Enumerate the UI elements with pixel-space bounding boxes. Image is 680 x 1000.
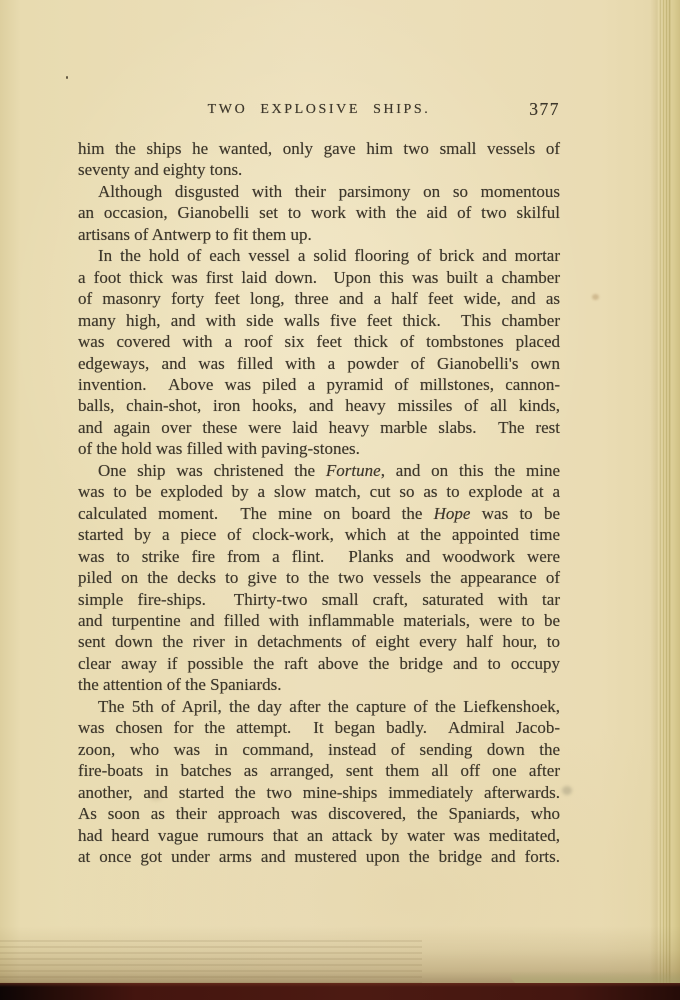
- text-line: started by a piece of clock-work, which …: [78, 524, 560, 545]
- text-segment: and again over these were laid heavy mar…: [78, 418, 560, 437]
- text-segment: him the ships he wanted, only gave him t…: [78, 139, 560, 158]
- text-segment: edgeways, and was filled with a powder o…: [78, 354, 560, 373]
- text-line: As soon as their approach was discovered…: [78, 803, 560, 824]
- paragraph: One ship was christened the Fortune, and…: [78, 460, 560, 696]
- text-line: fire-boats in batches as arranged, sent …: [78, 760, 560, 781]
- ship-name-italic: Fortune: [326, 461, 381, 480]
- text-line: and turpentine and filled with inflammab…: [78, 610, 560, 631]
- text-segment: calculated moment. The mine on board the: [78, 504, 434, 523]
- text-line: sent down the river in detachments of ei…: [78, 631, 560, 652]
- text-segment: at once got under arms and mustered upon…: [78, 847, 560, 866]
- text-segment: zoon, who was in command, instead of sen…: [78, 740, 560, 759]
- text-segment: artisans of Antwerp to fit them up.: [78, 225, 312, 244]
- text-line: seventy and eighty tons.: [78, 159, 560, 180]
- body-text-block: him the ships he wanted, only gave him t…: [78, 138, 560, 867]
- running-head: TWO EXPLOSIVE SHIPS. 377: [78, 100, 560, 124]
- text-segment: another, and started the two mine-ships …: [78, 783, 560, 802]
- text-segment: of the hold was filled with paving-stone…: [78, 439, 360, 458]
- text-segment: In the hold of each vessel a solid floor…: [98, 246, 560, 265]
- text-segment: fire-boats in batches as arranged, sent …: [78, 761, 560, 780]
- text-segment: the attention of the Spaniards.: [78, 675, 281, 694]
- page-edges-right: [650, 0, 680, 984]
- paragraph: Although disgusted with their parsimony …: [78, 181, 560, 245]
- text-line: was to strike fire from a flint. Planks …: [78, 546, 560, 567]
- text-line: of the hold was filled with paving-stone…: [78, 438, 560, 459]
- text-segment: an occasion, Gianobelli set to work with…: [78, 203, 560, 222]
- text-segment: was to strike fire from a flint. Planks …: [78, 547, 560, 566]
- scanned-book-page: TWO EXPLOSIVE SHIPS. 377 him the ships h…: [0, 0, 680, 1000]
- text-line: at once got under arms and mustered upon…: [78, 846, 560, 867]
- text-segment: , and on this the mine: [381, 461, 560, 480]
- text-line: invention. Above was piled a pyramid of …: [78, 374, 560, 395]
- text-segment: The 5th of April, the day after the capt…: [98, 697, 560, 716]
- text-line: calculated moment. The mine on board the…: [78, 503, 560, 524]
- text-line: was chosen for the attempt. It began bad…: [78, 717, 560, 738]
- text-line: him the ships he wanted, only gave him t…: [78, 138, 560, 159]
- paragraph: him the ships he wanted, only gave him t…: [78, 138, 560, 181]
- book-cover-edge: [0, 983, 680, 1000]
- text-segment: a foot thick was first laid down. Upon t…: [78, 268, 560, 287]
- text-segment: One ship was christened the: [98, 461, 326, 480]
- text-segment: simple fire-ships. Thirty-two small craf…: [78, 590, 560, 609]
- text-segment: was to be exploded by a slow match, cut …: [78, 482, 560, 501]
- text-segment: was chosen for the attempt. It began bad…: [78, 718, 560, 737]
- ship-name-italic: Hope: [434, 504, 471, 523]
- text-segment: of masonry forty feet long, three and a …: [78, 289, 560, 308]
- text-line: many high, and with side walls five feet…: [78, 310, 560, 331]
- text-line: artisans of Antwerp to fit them up.: [78, 224, 560, 245]
- text-line: balls, chain-shot, iron hooks, and heavy…: [78, 395, 560, 416]
- text-segment: clear away if possible the raft above th…: [78, 654, 560, 673]
- text-line: had heard vague rumours that an attack b…: [78, 825, 560, 846]
- text-segment: seventy and eighty tons.: [78, 160, 242, 179]
- text-segment: piled on the decks to give to the two ve…: [78, 568, 560, 587]
- text-segment: Although disgusted with their parsimony …: [98, 182, 560, 201]
- text-segment: balls, chain-shot, iron hooks, and heavy…: [78, 396, 560, 415]
- text-segment: invention. Above was piled a pyramid of …: [78, 375, 560, 394]
- text-line: Although disgusted with their parsimony …: [78, 181, 560, 202]
- running-title: TWO EXPLOSIVE SHIPS.: [78, 102, 560, 118]
- text-segment: sent down the river in detachments of ei…: [78, 632, 560, 651]
- text-line: the attention of the Spaniards.: [78, 674, 560, 695]
- text-line: The 5th of April, the day after the capt…: [78, 696, 560, 717]
- text-line: In the hold of each vessel a solid floor…: [78, 245, 560, 266]
- page-number: 377: [529, 99, 560, 120]
- text-segment: As soon as their approach was discovered…: [78, 804, 560, 823]
- text-line: and again over these were laid heavy mar…: [78, 417, 560, 438]
- text-segment: was to be: [470, 504, 560, 523]
- text-line: an occasion, Gianobelli set to work with…: [78, 202, 560, 223]
- text-line: was covered with a roof six feet thick o…: [78, 331, 560, 352]
- text-segment: and turpentine and filled with inflammab…: [78, 611, 560, 630]
- text-line: piled on the decks to give to the two ve…: [78, 567, 560, 588]
- paragraph: The 5th of April, the day after the capt…: [78, 696, 560, 868]
- paragraph: In the hold of each vessel a solid floor…: [78, 245, 560, 460]
- text-segment: had heard vague rumours that an attack b…: [78, 826, 560, 845]
- text-line: simple fire-ships. Thirty-two small craf…: [78, 589, 560, 610]
- text-line: of masonry forty feet long, three and a …: [78, 288, 560, 309]
- text-line: zoon, who was in command, instead of sen…: [78, 739, 560, 760]
- text-line: a foot thick was first laid down. Upon t…: [78, 267, 560, 288]
- text-line: another, and started the two mine-ships …: [78, 782, 560, 803]
- text-line: clear away if possible the raft above th…: [78, 653, 560, 674]
- text-line: was to be exploded by a slow match, cut …: [78, 481, 560, 502]
- text-segment: many high, and with side walls five feet…: [78, 311, 560, 330]
- text-line: edgeways, and was filled with a powder o…: [78, 353, 560, 374]
- text-line: One ship was christened the Fortune, and…: [78, 460, 560, 481]
- text-segment: started by a piece of clock-work, which …: [78, 525, 560, 544]
- text-segment: was covered with a roof six feet thick o…: [78, 332, 560, 351]
